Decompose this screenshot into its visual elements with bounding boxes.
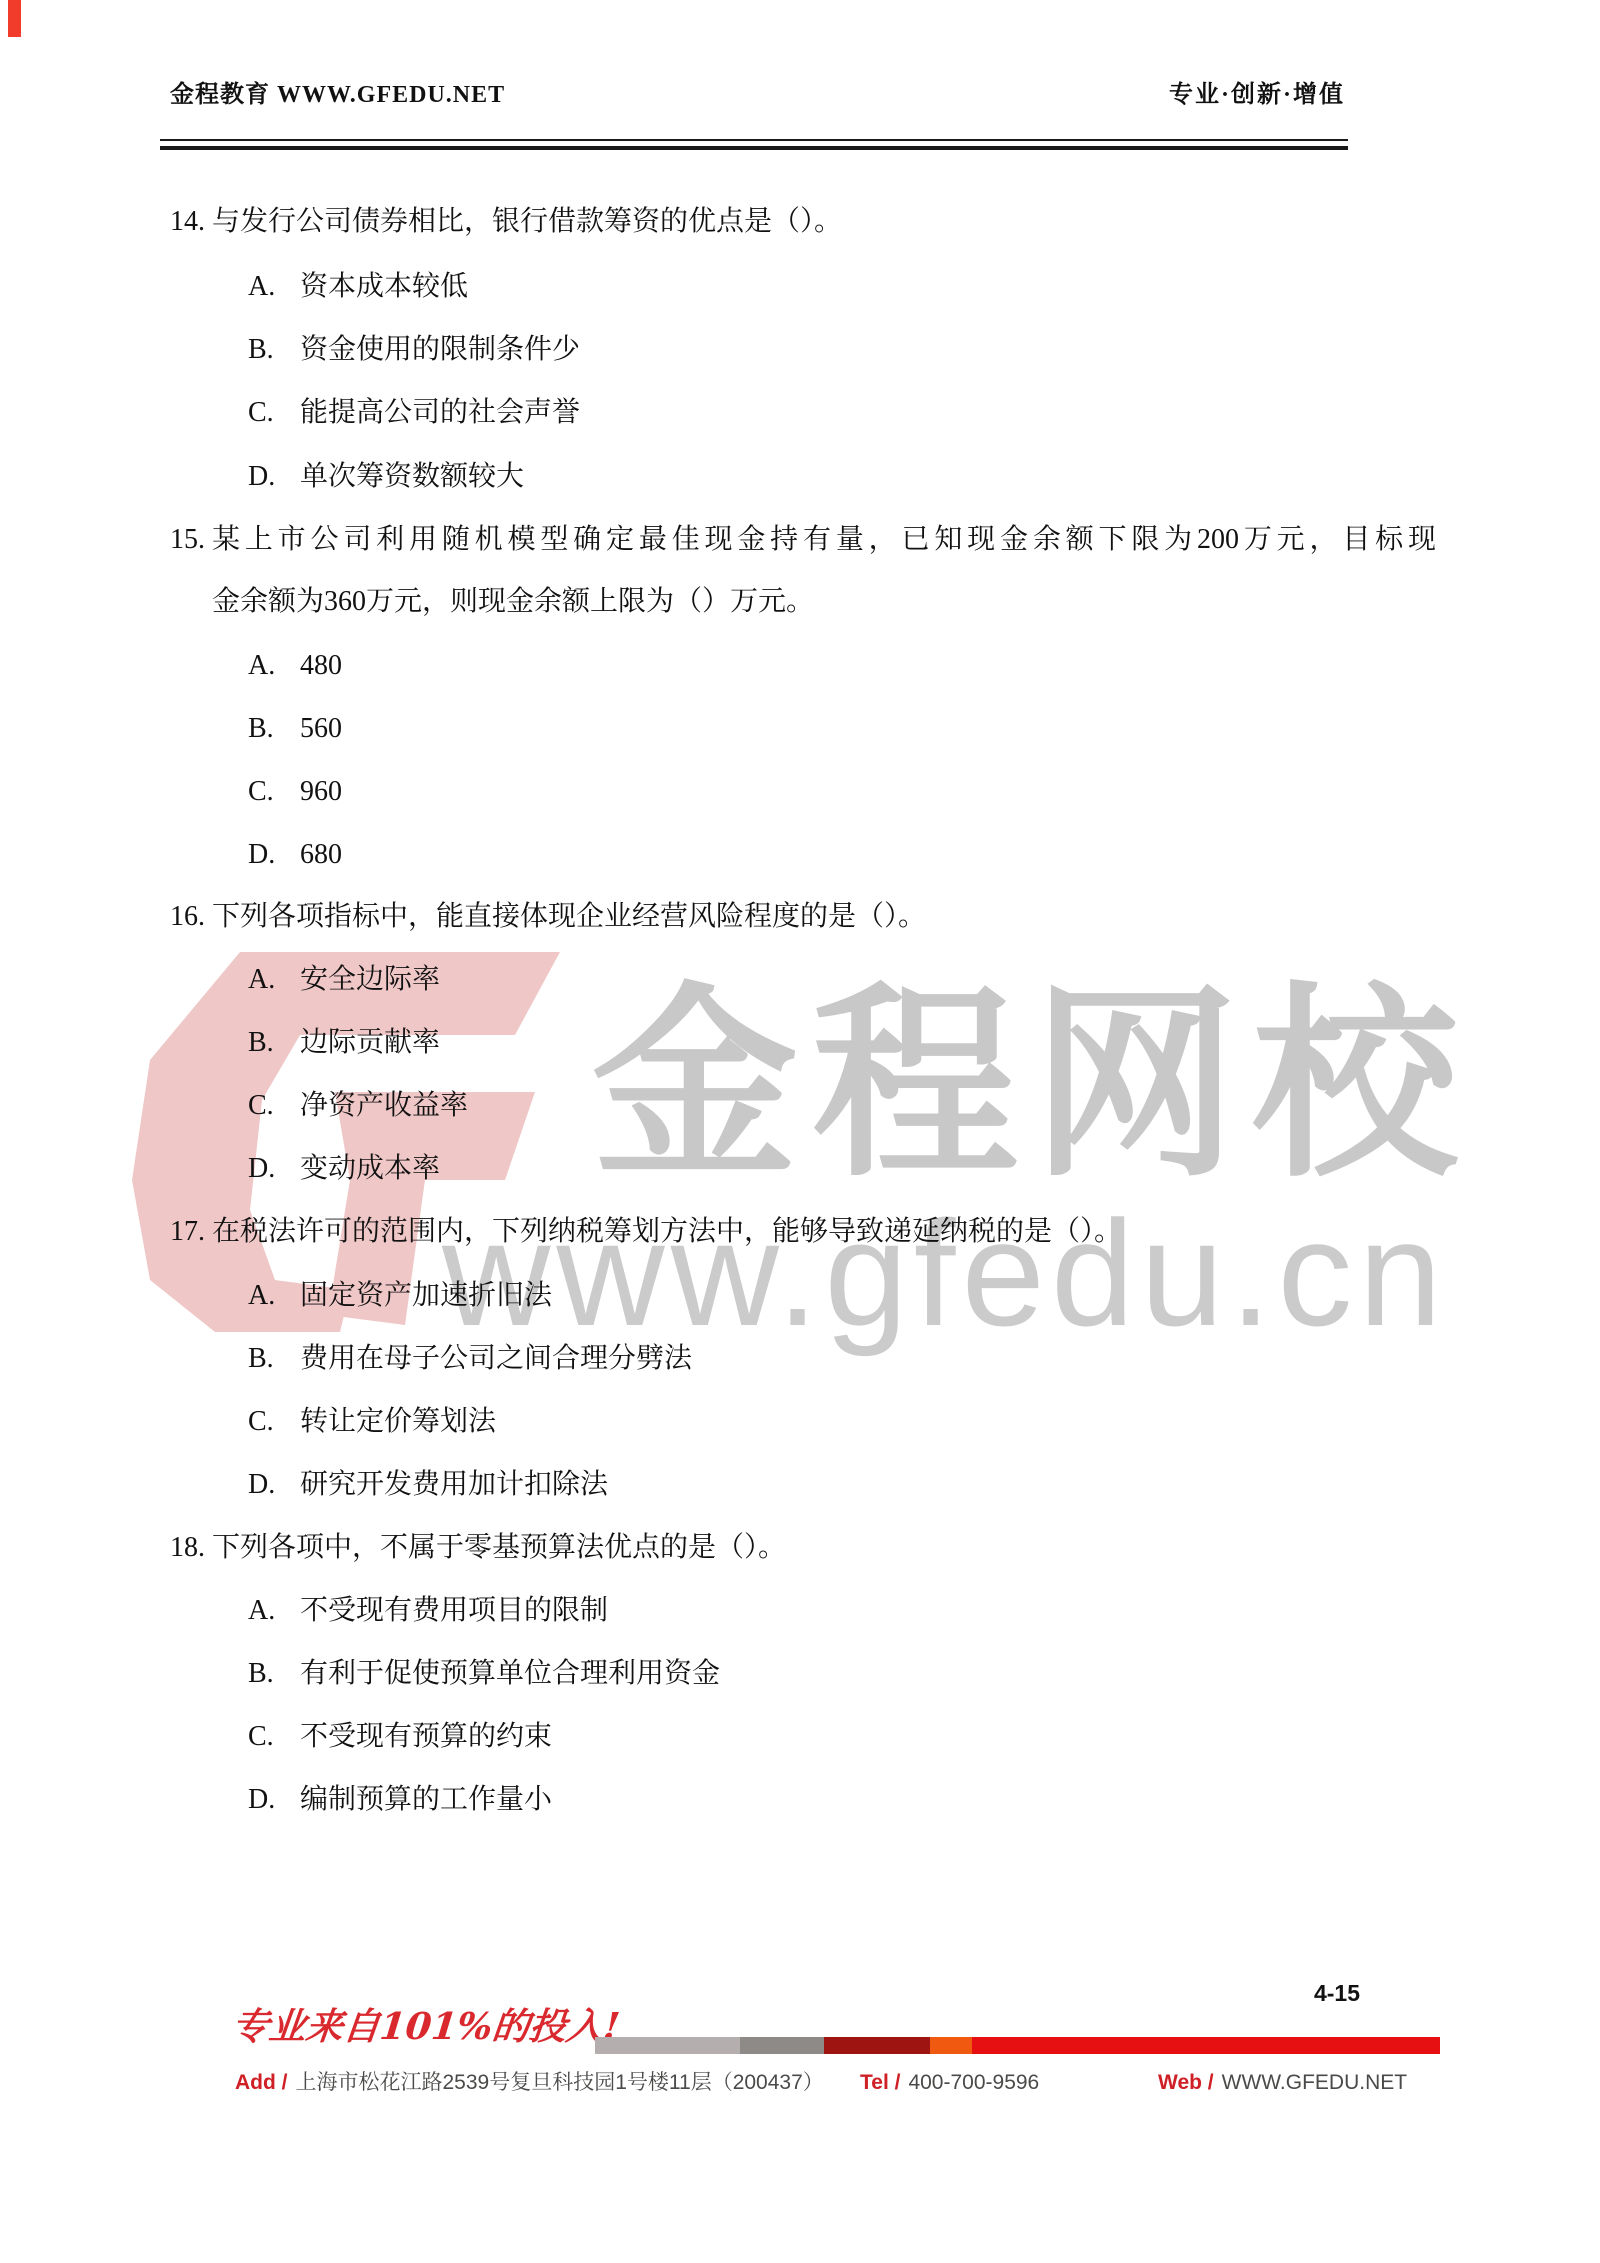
question-15-option-c: C. 960 bbox=[0, 774, 1600, 810]
option-letter: B. bbox=[248, 1341, 274, 1377]
question-14-option-b: B. 资金使用的限制条件少 bbox=[0, 332, 1600, 368]
question-16-stem: 16. 下列各项指标中，能直接体现企业经营风险程度的是（）。 bbox=[0, 899, 1600, 935]
option-text: 能提高公司的社会声誉 bbox=[300, 395, 580, 431]
footer-web: Web /WWW.GFEDU.NET bbox=[1158, 2068, 1407, 2098]
question-18-option-b: B. 有利于促使预算单位合理利用资金 bbox=[0, 1656, 1600, 1692]
question-16-option-a: A. 安全边际率 bbox=[0, 962, 1600, 998]
question-number: 17. bbox=[170, 1214, 205, 1250]
page-corner-mark bbox=[8, 0, 21, 37]
question-16-option-d: D. 变动成本率 bbox=[0, 1151, 1600, 1187]
question-14-option-a: A. 资本成本较低 bbox=[0, 269, 1600, 305]
question-17-stem: 17. 在税法许可的范围内，下列纳税筹划方法中，能够导致递延纳税的是（）。 bbox=[0, 1214, 1600, 1250]
header-rule bbox=[160, 139, 1348, 150]
option-letter: B. bbox=[248, 711, 274, 747]
exam-page: { "header": { "left": "金程教育 WWW.GFEDU.NE… bbox=[0, 0, 1600, 2263]
option-text: 560 bbox=[300, 711, 342, 747]
option-letter: D. bbox=[248, 1467, 275, 1503]
option-letter: A. bbox=[248, 1278, 275, 1314]
question-15-option-b: B. 560 bbox=[0, 711, 1600, 747]
web-value: WWW.GFEDU.NET bbox=[1222, 2071, 1407, 2094]
option-text: 资金使用的限制条件少 bbox=[300, 332, 580, 368]
footer-bar-segment bbox=[740, 2037, 824, 2054]
option-text: 边际贡献率 bbox=[300, 1025, 440, 1061]
footer-address: Add /上海市松花江路2539号复旦科技园1号楼11层（200437） bbox=[235, 2068, 824, 2098]
header-slogan-text: 专业·创新·增值 bbox=[900, 74, 1345, 109]
option-text: 不受现有费用项目的限制 bbox=[300, 1593, 608, 1629]
web-label: Web / bbox=[1158, 2071, 1214, 2094]
question-text: 下列各项指标中，能直接体现企业经营风险程度的是（）。 bbox=[212, 899, 926, 935]
option-letter: A. bbox=[248, 1593, 275, 1629]
option-letter: C. bbox=[248, 1404, 274, 1440]
option-text: 有利于促使预算单位合理利用资金 bbox=[300, 1656, 720, 1692]
option-letter: C. bbox=[248, 774, 274, 810]
question-15-option-d: D. 680 bbox=[0, 837, 1600, 873]
footer-tel: Tel /400-700-9596 bbox=[860, 2068, 1039, 2098]
option-letter: D. bbox=[248, 837, 275, 873]
option-text: 960 bbox=[300, 774, 342, 810]
question-18-option-c: C. 不受现有预算的约束 bbox=[0, 1719, 1600, 1755]
question-14-stem: 14. 与发行公司债券相比，银行借款筹资的优点是（）。 bbox=[0, 204, 1600, 240]
question-text: 金余额为360万元，则现金余额上限为（）万元。 bbox=[212, 584, 814, 620]
address-label: Add / bbox=[235, 2071, 288, 2094]
question-17-option-a: A. 固定资产加速折旧法 bbox=[0, 1278, 1600, 1314]
option-letter: C. bbox=[248, 1719, 274, 1755]
question-text: 在税法许可的范围内，下列纳税筹划方法中，能够导致递延纳税的是（）。 bbox=[212, 1214, 1122, 1250]
question-17-option-d: D. 研究开发费用加计扣除法 bbox=[0, 1467, 1600, 1503]
question-text: 某上市公司利用随机模型确定最佳现金持有量，已知现金余额下限为200万元，目标现 bbox=[212, 522, 1436, 558]
question-15-option-a: A. 480 bbox=[0, 648, 1600, 684]
option-text: 编制预算的工作量小 bbox=[300, 1782, 552, 1818]
footer-bar-segment bbox=[972, 2037, 1440, 2054]
question-15-stem: 15. 某上市公司利用随机模型确定最佳现金持有量，已知现金余额下限为200万元，… bbox=[0, 522, 1600, 558]
footer-bar-segment bbox=[930, 2037, 972, 2054]
option-letter: A. bbox=[248, 962, 275, 998]
question-number: 15. bbox=[170, 522, 205, 558]
address-value: 上海市松花江路2539号复旦科技园1号楼11层（200437） bbox=[296, 2071, 824, 2094]
question-number: 14. bbox=[170, 204, 205, 240]
footer-color-bar bbox=[595, 2037, 1440, 2054]
option-text: 不受现有预算的约束 bbox=[300, 1719, 552, 1755]
footer-bar-segment bbox=[595, 2037, 740, 2054]
option-text: 单次筹资数额较大 bbox=[300, 459, 524, 495]
option-letter: C. bbox=[248, 1088, 274, 1124]
option-text: 费用在母子公司之间合理分劈法 bbox=[300, 1341, 692, 1377]
question-17-option-b: B. 费用在母子公司之间合理分劈法 bbox=[0, 1341, 1600, 1377]
footer-slogan: 专业来自101%的投入! bbox=[230, 2004, 622, 2048]
tel-label: Tel / bbox=[860, 2071, 900, 2094]
option-letter: D. bbox=[248, 459, 275, 495]
header-brand-text: 金程教育 WWW.GFEDU.NET bbox=[170, 74, 505, 109]
footer-bar-segment bbox=[824, 2037, 930, 2054]
option-letter: B. bbox=[248, 1025, 274, 1061]
question-16-option-c: C. 净资产收益率 bbox=[0, 1088, 1600, 1124]
option-text: 变动成本率 bbox=[300, 1151, 440, 1187]
question-14-option-c: C. 能提高公司的社会声誉 bbox=[0, 395, 1600, 431]
option-text: 680 bbox=[300, 837, 342, 873]
page-number: 4-15 bbox=[1240, 1980, 1360, 2007]
question-14-option-d: D. 单次筹资数额较大 bbox=[0, 459, 1600, 495]
option-text: 480 bbox=[300, 648, 342, 684]
option-letter: C. bbox=[248, 395, 274, 431]
question-text: 下列各项中，不属于零基预算法优点的是（）。 bbox=[212, 1530, 786, 1566]
question-18-option-d: D. 编制预算的工作量小 bbox=[0, 1782, 1600, 1818]
question-number: 16. bbox=[170, 899, 205, 935]
question-text: 与发行公司债券相比，银行借款筹资的优点是（）。 bbox=[212, 204, 842, 240]
question-18-stem: 18. 下列各项中，不属于零基预算法优点的是（）。 bbox=[0, 1530, 1600, 1566]
question-17-option-c: C. 转让定价筹划法 bbox=[0, 1404, 1600, 1440]
option-text: 研究开发费用加计扣除法 bbox=[300, 1467, 608, 1503]
option-text: 净资产收益率 bbox=[300, 1088, 468, 1124]
question-number: 18. bbox=[170, 1530, 205, 1566]
option-letter: A. bbox=[248, 648, 275, 684]
option-letter: D. bbox=[248, 1782, 275, 1818]
question-18-option-a: A. 不受现有费用项目的限制 bbox=[0, 1593, 1600, 1629]
question-16-option-b: B. 边际贡献率 bbox=[0, 1025, 1600, 1061]
option-text: 资本成本较低 bbox=[300, 269, 468, 305]
option-letter: B. bbox=[248, 1656, 274, 1692]
option-letter: A. bbox=[248, 269, 275, 305]
option-text: 固定资产加速折旧法 bbox=[300, 1278, 552, 1314]
option-letter: B. bbox=[248, 332, 274, 368]
tel-value: 400-700-9596 bbox=[908, 2071, 1039, 2094]
question-15-stem-line2: 金余额为360万元，则现金余额上限为（）万元。 bbox=[0, 584, 1600, 620]
option-letter: D. bbox=[248, 1151, 275, 1187]
option-text: 转让定价筹划法 bbox=[300, 1404, 496, 1440]
option-text: 安全边际率 bbox=[300, 962, 440, 998]
